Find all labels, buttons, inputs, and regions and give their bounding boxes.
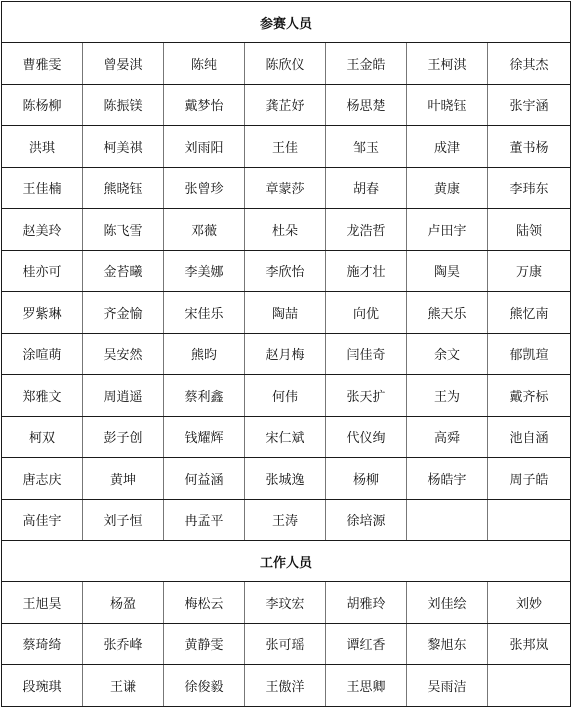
name-cell: 成津 bbox=[407, 126, 488, 168]
name-cell: 杨盈 bbox=[83, 582, 164, 624]
name-cell: 柯美祺 bbox=[83, 126, 164, 168]
name-cell: 胡春 bbox=[326, 167, 407, 209]
name-cell: 冉孟平 bbox=[164, 499, 245, 541]
name-cell: 曾晏淇 bbox=[83, 43, 164, 85]
name-cell: 曹雅雯 bbox=[2, 43, 83, 85]
name-cell: 赵美玲 bbox=[2, 209, 83, 251]
empty-cell bbox=[488, 499, 571, 541]
name-cell: 王佳楠 bbox=[2, 167, 83, 209]
name-cell: 黄静雯 bbox=[164, 623, 245, 665]
empty-cell bbox=[407, 499, 488, 541]
name-cell: 齐金愉 bbox=[83, 292, 164, 334]
name-cell: 熊昀 bbox=[164, 333, 245, 375]
name-cell: 梅松云 bbox=[164, 582, 245, 624]
name-cell: 熊忆南 bbox=[488, 292, 571, 334]
table-row: 桂亦可金苔曦李美娜李欣怡施才壮陶昊万康 bbox=[2, 250, 571, 292]
name-cell: 熊天乐 bbox=[407, 292, 488, 334]
name-cell: 唐志庆 bbox=[2, 458, 83, 500]
empty-cell bbox=[488, 665, 571, 707]
name-cell: 刘雨阳 bbox=[164, 126, 245, 168]
name-cell: 龙浩哲 bbox=[326, 209, 407, 251]
table-row: 赵美玲陈飞雪邓薇杜朵龙浩哲卢田宇陆领 bbox=[2, 209, 571, 251]
name-cell: 郑雅文 bbox=[2, 375, 83, 417]
name-cell: 余文 bbox=[407, 333, 488, 375]
section-title: 参赛人员 bbox=[2, 2, 571, 43]
name-cell: 池自涵 bbox=[488, 416, 571, 458]
section-header-row: 工作人员 bbox=[2, 541, 571, 582]
name-cell: 谭红香 bbox=[326, 623, 407, 665]
name-cell: 邓薇 bbox=[164, 209, 245, 251]
name-cell: 万康 bbox=[488, 250, 571, 292]
name-cell: 张城逸 bbox=[245, 458, 326, 500]
name-cell: 王谦 bbox=[83, 665, 164, 707]
table-row: 洪琪柯美祺刘雨阳王佳邹玉成津董书杨 bbox=[2, 126, 571, 168]
name-cell: 桂亦可 bbox=[2, 250, 83, 292]
name-cell: 李玮东 bbox=[488, 167, 571, 209]
name-cell: 黎旭东 bbox=[407, 623, 488, 665]
table-row: 陈杨柳陈振镁戴梦怡龚芷妤杨思楚叶晓钰张宇涵 bbox=[2, 84, 571, 126]
name-cell: 蔡琦绮 bbox=[2, 623, 83, 665]
name-cell: 施才壮 bbox=[326, 250, 407, 292]
name-cell: 龚芷妤 bbox=[245, 84, 326, 126]
name-cell: 杜朵 bbox=[245, 209, 326, 251]
name-cell: 涂喧萌 bbox=[2, 333, 83, 375]
table-row: 罗紫琳齐金愉宋佳乐陶喆向优熊天乐熊忆南 bbox=[2, 292, 571, 334]
name-cell: 张邦岚 bbox=[488, 623, 571, 665]
name-cell: 戴齐标 bbox=[488, 375, 571, 417]
name-cell: 王傲洋 bbox=[245, 665, 326, 707]
table-row: 唐志庆黄坤何益涵张城逸杨柳杨皓宇周子皓 bbox=[2, 458, 571, 500]
name-cell: 向优 bbox=[326, 292, 407, 334]
name-cell: 高佳宇 bbox=[2, 499, 83, 541]
roster-body: 参赛人员曹雅雯曾晏淇陈纯陈欣仪王金皓王柯淇徐其杰陈杨柳陈振镁戴梦怡龚芷妤杨思楚叶… bbox=[2, 2, 571, 707]
name-cell: 李玟宏 bbox=[245, 582, 326, 624]
name-cell: 王金皓 bbox=[326, 43, 407, 85]
name-cell: 何益涵 bbox=[164, 458, 245, 500]
name-cell: 王涛 bbox=[245, 499, 326, 541]
name-cell: 刘佳绘 bbox=[407, 582, 488, 624]
table-row: 涂喧萌吴安然熊昀赵月梅闫佳奇余文郁凯瑄 bbox=[2, 333, 571, 375]
name-cell: 章蒙莎 bbox=[245, 167, 326, 209]
name-cell: 董书杨 bbox=[488, 126, 571, 168]
name-cell: 徐其杰 bbox=[488, 43, 571, 85]
name-cell: 邹玉 bbox=[326, 126, 407, 168]
section-header-row: 参赛人员 bbox=[2, 2, 571, 43]
name-cell: 闫佳奇 bbox=[326, 333, 407, 375]
table-row: 高佳宇刘子恒冉孟平王涛徐培源 bbox=[2, 499, 571, 541]
name-cell: 杨柳 bbox=[326, 458, 407, 500]
name-cell: 张乔峰 bbox=[83, 623, 164, 665]
name-cell: 宋佳乐 bbox=[164, 292, 245, 334]
name-cell: 吴安然 bbox=[83, 333, 164, 375]
table-row: 郑雅文周逍遥蔡利鑫何伟张天扩王为戴齐标 bbox=[2, 375, 571, 417]
name-cell: 段琬琪 bbox=[2, 665, 83, 707]
name-cell: 王佳 bbox=[245, 126, 326, 168]
personnel-roster-table: 参赛人员曹雅雯曾晏淇陈纯陈欣仪王金皓王柯淇徐其杰陈杨柳陈振镁戴梦怡龚芷妤杨思楚叶… bbox=[1, 1, 571, 707]
name-cell: 王旭昊 bbox=[2, 582, 83, 624]
name-cell: 王思卿 bbox=[326, 665, 407, 707]
name-cell: 陈振镁 bbox=[83, 84, 164, 126]
name-cell: 黄康 bbox=[407, 167, 488, 209]
name-cell: 张曾珍 bbox=[164, 167, 245, 209]
name-cell: 陈欣仪 bbox=[245, 43, 326, 85]
name-cell: 胡雅玲 bbox=[326, 582, 407, 624]
name-cell: 熊晓钰 bbox=[83, 167, 164, 209]
name-cell: 陆领 bbox=[488, 209, 571, 251]
name-cell: 刘妙 bbox=[488, 582, 571, 624]
name-cell: 卢田宇 bbox=[407, 209, 488, 251]
name-cell: 杨皓宇 bbox=[407, 458, 488, 500]
name-cell: 陶喆 bbox=[245, 292, 326, 334]
name-cell: 柯双 bbox=[2, 416, 83, 458]
name-cell: 钱耀辉 bbox=[164, 416, 245, 458]
name-cell: 陈杨柳 bbox=[2, 84, 83, 126]
table-row: 柯双彭子创钱耀辉宋仁斌代仪绚高舜池自涵 bbox=[2, 416, 571, 458]
name-cell: 代仪绚 bbox=[326, 416, 407, 458]
name-cell: 吴雨洁 bbox=[407, 665, 488, 707]
name-cell: 王柯淇 bbox=[407, 43, 488, 85]
name-cell: 刘子恒 bbox=[83, 499, 164, 541]
name-cell: 徐培源 bbox=[326, 499, 407, 541]
name-cell: 何伟 bbox=[245, 375, 326, 417]
name-cell: 周逍遥 bbox=[83, 375, 164, 417]
table-row: 曹雅雯曾晏淇陈纯陈欣仪王金皓王柯淇徐其杰 bbox=[2, 43, 571, 85]
section-title: 工作人员 bbox=[2, 541, 571, 582]
name-cell: 张可瑶 bbox=[245, 623, 326, 665]
name-cell: 高舜 bbox=[407, 416, 488, 458]
name-cell: 郁凯瑄 bbox=[488, 333, 571, 375]
name-cell: 陈纯 bbox=[164, 43, 245, 85]
table-row: 蔡琦绮张乔峰黄静雯张可瑶谭红香黎旭东张邦岚 bbox=[2, 623, 571, 665]
name-cell: 彭子创 bbox=[83, 416, 164, 458]
name-cell: 张天扩 bbox=[326, 375, 407, 417]
name-cell: 王为 bbox=[407, 375, 488, 417]
name-cell: 李欣怡 bbox=[245, 250, 326, 292]
name-cell: 戴梦怡 bbox=[164, 84, 245, 126]
table-row: 段琬琪王谦徐俊毅王傲洋王思卿吴雨洁 bbox=[2, 665, 571, 707]
name-cell: 金苔曦 bbox=[83, 250, 164, 292]
name-cell: 李美娜 bbox=[164, 250, 245, 292]
name-cell: 周子皓 bbox=[488, 458, 571, 500]
table-row: 王佳楠熊晓钰张曾珍章蒙莎胡春黄康李玮东 bbox=[2, 167, 571, 209]
name-cell: 徐俊毅 bbox=[164, 665, 245, 707]
name-cell: 赵月梅 bbox=[245, 333, 326, 375]
name-cell: 陈飞雪 bbox=[83, 209, 164, 251]
name-cell: 杨思楚 bbox=[326, 84, 407, 126]
name-cell: 陶昊 bbox=[407, 250, 488, 292]
name-cell: 张宇涵 bbox=[488, 84, 571, 126]
name-cell: 洪琪 bbox=[2, 126, 83, 168]
name-cell: 叶晓钰 bbox=[407, 84, 488, 126]
name-cell: 罗紫琳 bbox=[2, 292, 83, 334]
name-cell: 黄坤 bbox=[83, 458, 164, 500]
name-cell: 宋仁斌 bbox=[245, 416, 326, 458]
name-cell: 蔡利鑫 bbox=[164, 375, 245, 417]
table-row: 王旭昊杨盈梅松云李玟宏胡雅玲刘佳绘刘妙 bbox=[2, 582, 571, 624]
